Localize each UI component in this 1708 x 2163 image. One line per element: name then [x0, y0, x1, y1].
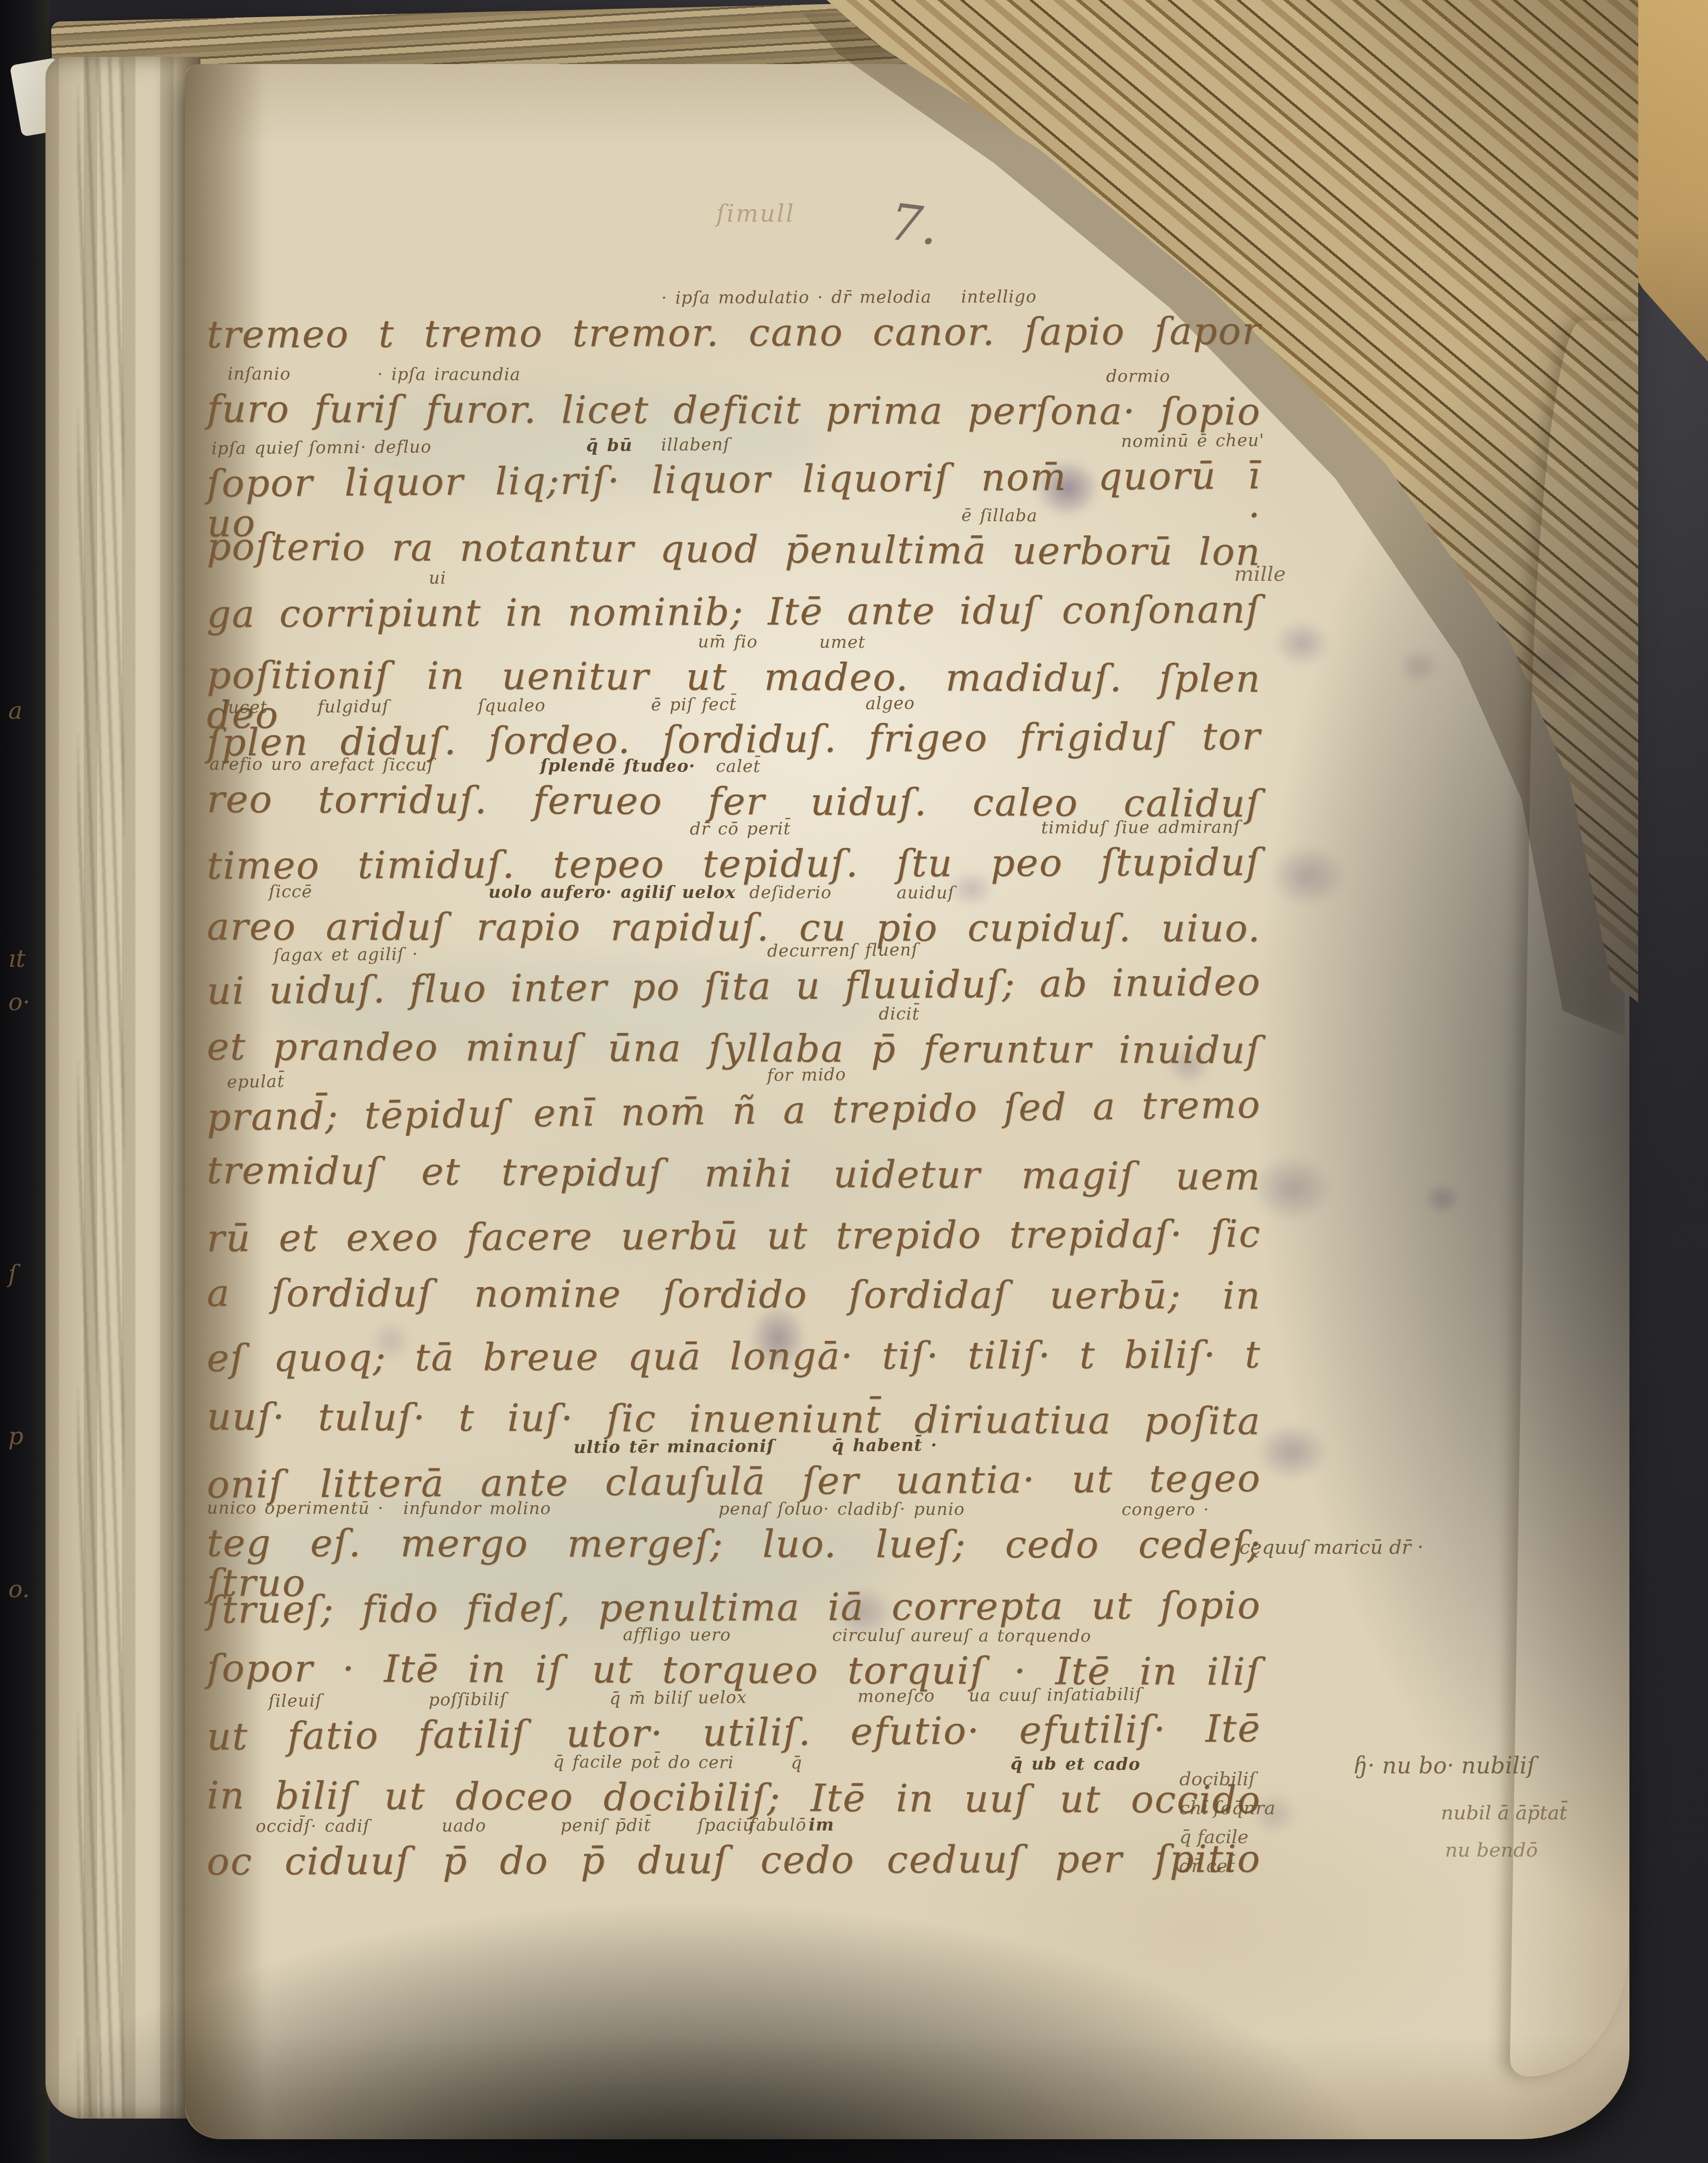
left-page-fragment: o.: [8, 1575, 30, 1603]
margin-note-line: chī ſeq̄nra: [1179, 1794, 1275, 1823]
interlinear-gloss: ē piſ fect̄: [651, 696, 736, 714]
margin-note: mille: [1234, 562, 1286, 586]
text-line: uuſ· tuluſ· t iuſ· ſic inueniunt̄ diriua…: [207, 1398, 1261, 1442]
interlinear-gloss: moneſco: [857, 1687, 935, 1706]
interlinear-gloss: occid̄ſ· cadiſ: [256, 1817, 370, 1835]
interlinear-gloss: ultio tēr minacioniſ: [573, 1438, 774, 1457]
interlinear-gloss: ua cuuſ inſatiabiliſ: [968, 1686, 1142, 1705]
interlinear-gloss: algeo: [865, 694, 915, 713]
main-text: tremeo t tremo tremor. cano canor. ſapio…: [207, 309, 1261, 357]
main-text: et prandeo minuſ ūna ſyllaba p̄ feruntur…: [207, 1025, 1261, 1072]
margin-note: nubil ā āp̄tat̄: [1441, 1801, 1567, 1824]
interlinear-gloss: im: [809, 1816, 835, 1834]
main-text: a ſordiduſ nomine ſordido ſordidaſ uerbū…: [207, 1271, 1261, 1318]
left-page-fragment: o·: [8, 988, 30, 1016]
margin-note: cęquuſ maricū dr̄ ·: [1239, 1536, 1424, 1558]
margin-note-line: nu bendō: [1445, 1838, 1538, 1861]
interlinear-gloss: intelligo: [961, 288, 1037, 306]
text-line: ga corripiunt in nominib; Itē ante iduſ …: [207, 591, 1261, 635]
interlinear-gloss: ui: [429, 569, 447, 587]
left-page-fragment: p: [8, 1422, 23, 1450]
text-line: ut fatio fatiliſ utor· utiliſ. efutio· e…: [207, 1709, 1261, 1757]
margin-note-line: docibiliſ: [1179, 1765, 1275, 1794]
interlinear-gloss: ſpaciū: [698, 1816, 754, 1834]
main-text: poſterio ra notantur quod p̄enultimā uer…: [207, 525, 1261, 575]
text-line: oc ciduuſ p̄ do p̄ duuſ cedo ceduuſ per …: [207, 1840, 1261, 1882]
interlinear-gloss: q̄ ub et cado: [1010, 1755, 1141, 1773]
interlinear-gloss: ſagax et agiliſ ·: [273, 945, 418, 964]
main-text: oc ciduuſ p̄ do p̄ duuſ cedo ceduuſ per …: [207, 1837, 1261, 1883]
margin-note: docibiliſchī ſeq̄nraq̄ faciledr̄ cet̄: [1179, 1765, 1275, 1881]
text-line: furo furiſ furor. licet deficit prima pe…: [207, 390, 1261, 432]
main-text: rū et exeo facere uerbū ut trepido trepi…: [207, 1212, 1261, 1261]
interlinear-gloss: penaſ ſoluo· cladibſ· punio: [718, 1500, 965, 1518]
interlinear-gloss: umet: [819, 634, 865, 652]
text-line: eſ quoq; tā breue quā longā· tiſ· tiliſ·…: [207, 1335, 1261, 1379]
margin-note: nu bendō: [1445, 1838, 1538, 1861]
text-line: in biliſ ut doceo docibiliſ; Itē in uuſ …: [207, 1776, 1261, 1821]
interlinear-gloss: circuluſ aureuſ a torquendo: [832, 1627, 1091, 1645]
interlinear-gloss: unico operimentū ·: [207, 1499, 383, 1517]
left-page-fragment: ſ: [8, 1260, 17, 1288]
text-line: ui uiduſ. fluo inter po ſita u fluuiduſ;…: [207, 963, 1261, 1011]
interlinear-gloss: ē ſillaba: [961, 506, 1038, 524]
interlinear-gloss: q̄ facile pot̄ do ceri: [553, 1753, 734, 1771]
text-line: tremeo t tremo tremor. cano canor. ſapio…: [207, 312, 1261, 355]
interlinear-gloss: calet̄: [716, 758, 761, 776]
folio-number: 7.: [886, 193, 942, 257]
text-line: timeo timiduſ. tepeo tepiduſ. ſtu peo ſt…: [207, 843, 1261, 886]
main-text: ui uiduſ. fluo inter po ſita u fluuiduſ;…: [207, 960, 1261, 1013]
ink-stain: [1251, 1155, 1333, 1222]
interlinear-gloss: fulgiduſ: [317, 698, 389, 716]
main-text: tremiduſ et trepiduſ mihi uidetur magiſ …: [207, 1149, 1261, 1199]
ink-stain: [1269, 845, 1346, 907]
interlinear-gloss: q̄ m̄ biliſ uelox: [609, 1689, 747, 1708]
text-line: areo ariduſ rapio rapiduſ. cu pio cupidu…: [207, 907, 1261, 949]
text-line: poſterio ra notantur quod p̄enultimā uer…: [207, 528, 1261, 573]
text-line: et prandeo minuſ ūna ſyllaba p̄ feruntur…: [207, 1027, 1261, 1071]
interlinear-gloss: decurrenſ fluenſ: [767, 941, 918, 960]
main-text: timeo timiduſ. tepeo tepiduſ. ſtu peo ſt…: [207, 840, 1261, 888]
interlinear-gloss: q̄ habent̄ ·: [832, 1436, 937, 1455]
interlinear-gloss: nominū ē cheu': [1121, 431, 1265, 451]
interlinear-gloss: congero ·: [1121, 1501, 1209, 1519]
interlinear-gloss: for mido: [767, 1065, 847, 1085]
interlinear-gloss: · ipſa modulatio · dr̄ melodia: [661, 288, 932, 307]
main-text: furo furiſ furor. licet deficit prima pe…: [207, 387, 1261, 434]
left-page-fragment: ıt: [8, 945, 25, 972]
interlinear-gloss: peniſ p̄dit̄: [561, 1816, 651, 1834]
margin-note-line: ɧ· nu bo· nubiliſ: [1353, 1753, 1535, 1779]
interlinear-gloss: affligo uero: [623, 1626, 731, 1644]
margin-note-line: q̄ facile: [1179, 1823, 1275, 1852]
book-cover-edge: [0, 0, 50, 2163]
spine-threads: [78, 57, 124, 2119]
interlinear-gloss: illabenſ: [661, 436, 730, 454]
left-page-fragment: a: [8, 697, 22, 724]
interlinear-gloss: um̄ fio: [698, 633, 758, 651]
interlinear-gloss: uado: [442, 1817, 486, 1835]
interlinear-gloss: deſiderio: [749, 884, 832, 902]
text-line: ſtrueſ; fido fideſ, penultima iā corrept…: [207, 1586, 1261, 1631]
interlinear-gloss: arefio uro arefact̄ ſiccuſ: [209, 755, 434, 775]
interlinear-gloss: ipſa quieſ ſomni· defluo: [211, 438, 432, 458]
interlinear-gloss: dicit̄: [879, 1005, 919, 1023]
interlinear-gloss: ſqualeo: [478, 697, 545, 715]
ink-stain: [1398, 648, 1439, 685]
interlinear-gloss: infundor molino: [403, 1500, 551, 1518]
interlinear-gloss: lucet: [222, 699, 267, 717]
interlinear-gloss: fabulō: [749, 1816, 807, 1834]
main-text: ut fatio fatiliſ utor· utiliſ. efutio· e…: [207, 1707, 1261, 1759]
manuscript-photo: ſimull 7. tremeo t tremo tremor. cano ca…: [0, 0, 1708, 2163]
text-line: rū et exeo facere uerbū ut trepido trepi…: [207, 1215, 1261, 1259]
interlinear-gloss: inſanio: [227, 365, 290, 383]
ink-stain: [1274, 620, 1331, 667]
main-text: eſ quoq; tā breue quā longā· tiſ· tiliſ·…: [207, 1333, 1261, 1380]
margin-note: ɧ· nu bo· nubiliſ: [1353, 1753, 1535, 1779]
margin-note-line: dr̄ cet̄: [1179, 1852, 1275, 1881]
margin-note-line: nubil ā āp̄tat̄: [1441, 1801, 1567, 1824]
interlinear-gloss: q̄: [791, 1754, 802, 1772]
interlinear-gloss: ſileuiſ: [268, 1692, 322, 1710]
interlinear-gloss: uolo aufero· agiliſ uelox: [488, 883, 736, 901]
ink-stain: [1256, 1424, 1328, 1480]
interlinear-gloss: timiduſ ſiue admiranſ: [1041, 818, 1240, 837]
interlinear-gloss: ſiccē: [269, 883, 312, 901]
main-text: ga corripiunt in nominib; Itē ante iduſ …: [207, 588, 1261, 637]
ink-stain: [1424, 1183, 1460, 1214]
interlinear-gloss: · ipſa iracundia: [377, 365, 520, 383]
header-inscription: ſimull: [716, 199, 795, 227]
interlinear-gloss: epulat̄: [227, 1073, 285, 1091]
interlinear-gloss: poſſibiliſ: [428, 1690, 506, 1709]
main-text: ſtrueſ; fido fideſ, penultima iā corrept…: [207, 1584, 1261, 1632]
interlinear-gloss: dormio: [1106, 367, 1171, 385]
interlinear-gloss: auiduſ: [897, 884, 955, 902]
text-line: tremiduſ et trepiduſ mihi uidetur magiſ …: [207, 1151, 1261, 1197]
ink-stain: [1514, 630, 1587, 692]
margin-note-line: mille: [1234, 562, 1286, 586]
interlinear-gloss: q̄ bū: [586, 437, 633, 455]
interlinear-gloss: dr̄ cō perit̄: [690, 820, 791, 838]
text-line: a ſordiduſ nomine ſordido ſordidaſ uerbū…: [207, 1274, 1261, 1316]
interlinear-gloss: ſplendē ſtudeo·: [540, 756, 696, 775]
margin-note-line: cęquuſ maricū dr̄ ·: [1239, 1536, 1424, 1558]
